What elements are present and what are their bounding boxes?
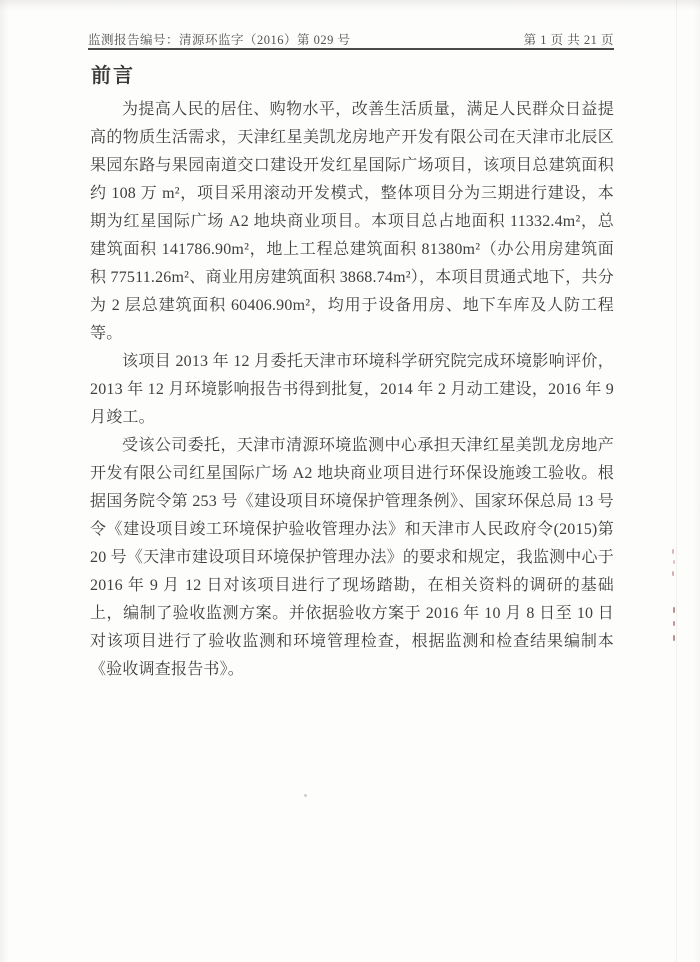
- paragraph-acceptance-monitoring: 受该公司委托，天津市清源环境监测中心承担天津红星美凯龙房地产开发有限公司红星国际…: [90, 432, 614, 684]
- scan-artifact-red-mark: [672, 549, 674, 554]
- scan-artifact-red-mark: [673, 607, 675, 613]
- header-rule: [88, 48, 614, 50]
- running-header: 监测报告编号：清源环监字（2016）第 029 号 第 1 页 共 21 页: [88, 30, 614, 48]
- paragraph-eia-history: 该项目 2013 年 12 月委托天津市环境科学研究院完成环境影响评价，2013…: [90, 348, 614, 432]
- page-indicator: 第 1 页 共 21 页: [524, 30, 614, 48]
- scan-page-edge: [676, 0, 677, 962]
- page-title: 前言: [91, 59, 135, 88]
- scan-artifact-red-mark: [673, 621, 675, 626]
- scan-artifact-red-mark: [673, 560, 675, 564]
- scan-artifact-red-mark: [673, 635, 675, 641]
- scanned-report-page: 监测报告编号：清源环监字（2016）第 029 号 第 1 页 共 21 页 前…: [0, 0, 700, 962]
- paragraph-project-overview: 为提高人民的居住、购物水平，改善生活质量，满足人民群众日益提高的物质生活需求，天…: [90, 96, 614, 348]
- scan-artifact-red-mark: [672, 571, 674, 576]
- document-body: 为提高人民的居住、购物水平，改善生活质量，满足人民群众日益提高的物质生活需求，天…: [90, 96, 614, 684]
- scan-artifact-speck: [304, 794, 307, 797]
- report-number: 监测报告编号：清源环监字（2016）第 029 号: [88, 30, 351, 48]
